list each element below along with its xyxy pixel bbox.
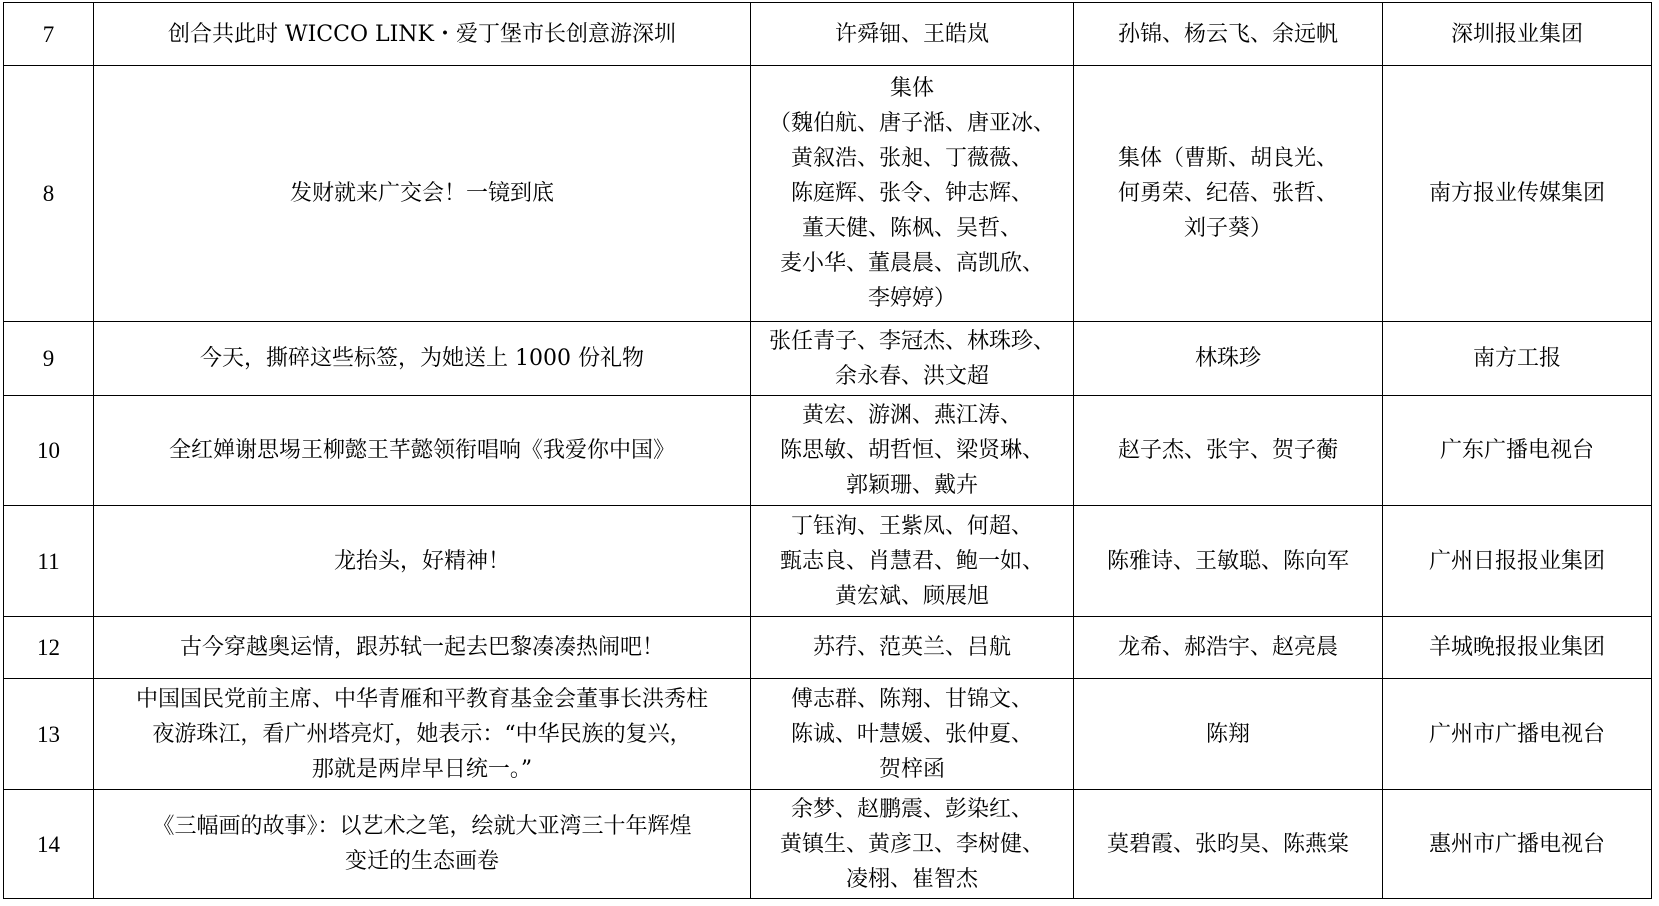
editor-line: 孙锦、杨云飞、余远帆 [1080, 17, 1376, 52]
work-title: 今天，撕碎这些标签，为她送上 1000 份礼物 [94, 322, 751, 396]
table-row: 14 《三幅画的故事》：以艺术之笔，绘就大亚湾三十年辉煌变迁的生态画卷 余梦、赵… [4, 790, 1652, 899]
work-title: 创合共此时 WICCO LINK・爱丁堡市长创意游深圳 [94, 3, 751, 66]
awards-table: 7 创合共此时 WICCO LINK・爱丁堡市长创意游深圳 许舜钿、王皓岚 孙锦… [3, 2, 1652, 899]
table-row: 12 古今穿越奥运情，跟苏轼一起去巴黎凑凑热闹吧！ 苏荇、范英兰、吕航 龙希、郝… [4, 617, 1652, 679]
author-line: 黄镇生、黄彦卫、李树健、 [757, 827, 1067, 862]
editors: 莫碧霞、张昀昊、陈燕棠 [1074, 790, 1383, 899]
table-row: 7 创合共此时 WICCO LINK・爱丁堡市长创意游深圳 许舜钿、王皓岚 孙锦… [4, 3, 1652, 66]
entry-number: 11 [4, 506, 94, 617]
authors: 许舜钿、王皓岚 [751, 3, 1074, 66]
title-line: 创合共此时 WICCO LINK・爱丁堡市长创意游深圳 [100, 17, 744, 52]
authors: 黄宏、游渊、燕江涛、陈思敏、胡哲恒、梁贤琳、郭颖珊、戴卉 [751, 396, 1074, 506]
author-line: 麦小华、董晨晨、高凯欣、 [757, 246, 1067, 281]
author-line: 黄叙浩、张昶、丁薇薇、 [757, 141, 1067, 176]
author-line: 黄宏斌、顾展旭 [757, 579, 1067, 614]
author-line: 余梦、赵鹏震、彭染红、 [757, 792, 1067, 827]
publishing-unit: 南方报业传媒集团 [1383, 66, 1652, 322]
entry-number: 12 [4, 617, 94, 679]
work-title: 古今穿越奥运情，跟苏轼一起去巴黎凑凑热闹吧！ [94, 617, 751, 679]
publishing-unit: 深圳报业集团 [1383, 3, 1652, 66]
author-line: （魏伯航、唐子湉、唐亚冰、 [757, 106, 1067, 141]
table-row: 9 今天，撕碎这些标签，为她送上 1000 份礼物 张任青子、李冠杰、林珠珍、余… [4, 322, 1652, 396]
work-title: 发财就来广交会！一镜到底 [94, 66, 751, 322]
publishing-unit: 广州日报报业集团 [1383, 506, 1652, 617]
publishing-unit: 羊城晚报报业集团 [1383, 617, 1652, 679]
author-line: 陈诚、叶慧媛、张仲夏、 [757, 717, 1067, 752]
editor-line: 赵子杰、张宇、贺子蘅 [1080, 433, 1376, 468]
author-line: 许舜钿、王皓岚 [757, 17, 1067, 52]
authors: 集体（魏伯航、唐子湉、唐亚冰、黄叙浩、张昶、丁薇薇、陈庭辉、张令、钟志辉、董天健… [751, 66, 1074, 322]
editor-line: 陈雅诗、王敏聪、陈向军 [1080, 544, 1376, 579]
title-line: 古今穿越奥运情，跟苏轼一起去巴黎凑凑热闹吧！ [100, 630, 744, 665]
authors: 张任青子、李冠杰、林珠珍、余永春、洪文超 [751, 322, 1074, 396]
entry-number: 13 [4, 679, 94, 790]
title-line: 变迁的生态画卷 [100, 844, 744, 879]
entry-number: 8 [4, 66, 94, 322]
author-line: 傅志群、陈翔、甘锦文、 [757, 682, 1067, 717]
document-page: 7 创合共此时 WICCO LINK・爱丁堡市长创意游深圳 许舜钿、王皓岚 孙锦… [0, 0, 1659, 906]
title-line: 全红婵谢思埸王柳懿王芊懿领衔唱响《我爱你中国》 [100, 433, 744, 468]
editor-line: 何勇荣、纪蓓、张哲、 [1080, 176, 1376, 211]
authors: 苏荇、范英兰、吕航 [751, 617, 1074, 679]
author-line: 陈思敏、胡哲恒、梁贤琳、 [757, 433, 1067, 468]
author-line: 丁钰洵、王紫凤、何超、 [757, 509, 1067, 544]
author-line: 贺梓函 [757, 752, 1067, 787]
editors: 赵子杰、张宇、贺子蘅 [1074, 396, 1383, 506]
authors: 丁钰洵、王紫凤、何超、甄志良、肖慧君、鲍一如、黄宏斌、顾展旭 [751, 506, 1074, 617]
editor-line: 集体（曹斯、胡良光、 [1080, 141, 1376, 176]
author-line: 陈庭辉、张令、钟志辉、 [757, 176, 1067, 211]
title-line: 发财就来广交会！一镜到底 [100, 176, 744, 211]
table-row: 11 龙抬头，好精神！ 丁钰洵、王紫凤、何超、甄志良、肖慧君、鲍一如、黄宏斌、顾… [4, 506, 1652, 617]
work-title: 全红婵谢思埸王柳懿王芊懿领衔唱响《我爱你中国》 [94, 396, 751, 506]
publishing-unit: 广东广播电视台 [1383, 396, 1652, 506]
editor-line: 刘子葵） [1080, 211, 1376, 246]
table-body: 7 创合共此时 WICCO LINK・爱丁堡市长创意游深圳 许舜钿、王皓岚 孙锦… [4, 3, 1652, 899]
editor-line: 林珠珍 [1080, 341, 1376, 376]
editors: 集体（曹斯、胡良光、何勇荣、纪蓓、张哲、刘子葵） [1074, 66, 1383, 322]
editors: 孙锦、杨云飞、余远帆 [1074, 3, 1383, 66]
publishing-unit: 广州市广播电视台 [1383, 679, 1652, 790]
editor-line: 陈翔 [1080, 717, 1376, 752]
work-title: 龙抬头，好精神！ [94, 506, 751, 617]
entry-number: 7 [4, 3, 94, 66]
editor-line: 莫碧霞、张昀昊、陈燕棠 [1080, 827, 1376, 862]
author-line: 李婷婷） [757, 281, 1067, 316]
authors: 余梦、赵鹏震、彭染红、黄镇生、黄彦卫、李树健、凌栩、崔智杰 [751, 790, 1074, 899]
author-line: 集体 [757, 71, 1067, 106]
entry-number: 14 [4, 790, 94, 899]
author-line: 苏荇、范英兰、吕航 [757, 630, 1067, 665]
title-line: 龙抬头，好精神！ [100, 544, 744, 579]
author-line: 黄宏、游渊、燕江涛、 [757, 398, 1067, 433]
title-line: 《三幅画的故事》：以艺术之笔，绘就大亚湾三十年辉煌 [100, 809, 744, 844]
title-line: 中国国民党前主席、中华青雁和平教育基金会董事长洪秀柱 [100, 682, 744, 717]
author-line: 张任青子、李冠杰、林珠珍、 [757, 324, 1067, 359]
work-title: 中国国民党前主席、中华青雁和平教育基金会董事长洪秀柱夜游珠江，看广州塔亮灯，她表… [94, 679, 751, 790]
title-line: 今天，撕碎这些标签，为她送上 1000 份礼物 [100, 341, 744, 376]
publishing-unit: 南方工报 [1383, 322, 1652, 396]
author-line: 凌栩、崔智杰 [757, 862, 1067, 897]
author-line: 董天健、陈枫、吴哲、 [757, 211, 1067, 246]
title-line: 夜游珠江，看广州塔亮灯，她表示：“中华民族的复兴， [100, 717, 744, 752]
authors: 傅志群、陈翔、甘锦文、陈诚、叶慧媛、张仲夏、贺梓函 [751, 679, 1074, 790]
publishing-unit: 惠州市广播电视台 [1383, 790, 1652, 899]
author-line: 余永春、洪文超 [757, 359, 1067, 394]
work-title: 《三幅画的故事》：以艺术之笔，绘就大亚湾三十年辉煌变迁的生态画卷 [94, 790, 751, 899]
table-row: 10 全红婵谢思埸王柳懿王芊懿领衔唱响《我爱你中国》 黄宏、游渊、燕江涛、陈思敏… [4, 396, 1652, 506]
editors: 陈雅诗、王敏聪、陈向军 [1074, 506, 1383, 617]
table-row: 8 发财就来广交会！一镜到底 集体（魏伯航、唐子湉、唐亚冰、黄叙浩、张昶、丁薇薇… [4, 66, 1652, 322]
entry-number: 10 [4, 396, 94, 506]
editors: 陈翔 [1074, 679, 1383, 790]
title-line: 那就是两岸早日统一。” [100, 752, 744, 787]
editors: 龙希、郝浩宇、赵亮晨 [1074, 617, 1383, 679]
editor-line: 龙希、郝浩宇、赵亮晨 [1080, 630, 1376, 665]
author-line: 甄志良、肖慧君、鲍一如、 [757, 544, 1067, 579]
author-line: 郭颖珊、戴卉 [757, 468, 1067, 503]
entry-number: 9 [4, 322, 94, 396]
editors: 林珠珍 [1074, 322, 1383, 396]
table-row: 13 中国国民党前主席、中华青雁和平教育基金会董事长洪秀柱夜游珠江，看广州塔亮灯… [4, 679, 1652, 790]
